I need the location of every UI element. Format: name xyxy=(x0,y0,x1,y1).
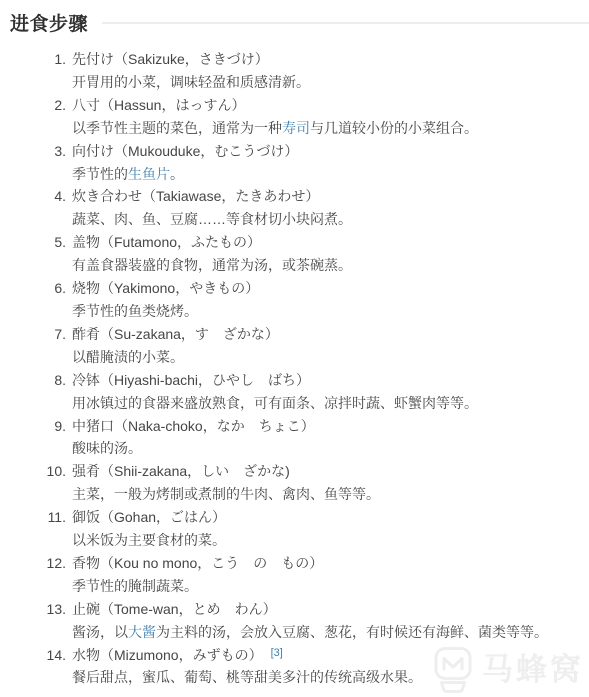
step-title: 先付け（Sakizuke，さきづけ） xyxy=(72,48,589,71)
step-title-line: 10. 强肴（Shii-zakana，しい ざかな) xyxy=(10,460,589,483)
step-title-line: 4. 炊き合わせ（Takiawase，たきあわせ） xyxy=(10,185,589,208)
text-segment: 蔬菜、肉、鱼、豆腐……等食材切小块闷煮。 xyxy=(72,211,352,227)
step-title-line: 1. 先付け（Sakizuke，さきづけ） xyxy=(10,48,589,71)
step-desc-line: 酸味的汤。 xyxy=(10,437,589,460)
list-item: 13. 止碗（Tome-wan，とめ わん） 酱汤，以大酱为主料的汤，会放入豆腐… xyxy=(10,598,589,644)
step-number-spacer xyxy=(10,346,66,369)
step-number-spacer xyxy=(10,437,66,460)
step-desc-line: 以醋腌渍的小菜。 xyxy=(10,346,589,369)
text-segment: 与几道较小份的小菜组合。 xyxy=(310,120,478,136)
step-desc: 以醋腌渍的小菜。 xyxy=(72,346,589,369)
article-section: 进食步骤 1. 先付け（Sakizuke，さきづけ） 开胃用的小菜，调味轻盈和质… xyxy=(0,0,589,697)
step-title: 御饭（Gohan，ごはん） xyxy=(72,506,589,529)
list-item: 8. 冷钵（Hiyashi-bachi，ひやし ばち） 用冰镇过的食器来盛放熟食… xyxy=(10,369,589,415)
step-desc-line: 餐后甜点，蜜瓜、葡萄、桃等甜美多汁的传统高级水果。 xyxy=(10,666,589,689)
text-segment: 主菜，一般为烤制或煮制的牛肉、禽肉、鱼等等。 xyxy=(72,486,380,502)
steps-list: 1. 先付け（Sakizuke，さきづけ） 开胃用的小菜，调味轻盈和质感清新。 … xyxy=(10,48,589,689)
section-title: 进食步骤 xyxy=(10,9,88,36)
step-number: 2. xyxy=(10,94,66,117)
inline-link[interactable]: 生鱼片 xyxy=(128,166,170,182)
step-desc-line: 季节性的腌制蔬菜。 xyxy=(10,575,589,598)
list-item: 4. 炊き合わせ（Takiawase，たきあわせ） 蔬菜、肉、鱼、豆腐……等食材… xyxy=(10,185,589,231)
step-number-spacer xyxy=(10,300,66,323)
text-segment: 水物（Mizumono，みずもの） xyxy=(72,647,263,663)
text-segment: 以季节性主题的菜色，通常为一种 xyxy=(72,120,282,136)
step-desc-line: 用冰镇过的食器来盛放熟食，可有面条、凉拌时蔬、虾蟹肉等等。 xyxy=(10,392,589,415)
step-desc: 餐后甜点，蜜瓜、葡萄、桃等甜美多汁的传统高级水果。 xyxy=(72,666,589,689)
step-title-line: 7. 酢肴（Su-zakana，す ざかな） xyxy=(10,323,589,346)
step-desc-line: 酱汤，以大酱为主料的汤，会放入豆腐、葱花，有时候还有海鲜、菌类等等。 xyxy=(10,621,589,644)
step-title: 冷钵（Hiyashi-bachi，ひやし ばち） xyxy=(72,369,589,392)
list-item: 11. 御饭（Gohan，ごはん） 以米饭为主要食材的菜。 xyxy=(10,506,589,552)
step-title: 香物（Kou no mono，こう の もの） xyxy=(72,552,589,575)
step-title-line: 2. 八寸（Hassun，はっすん） xyxy=(10,94,589,117)
step-number-spacer xyxy=(10,575,66,598)
step-title: 炊き合わせ（Takiawase，たきあわせ） xyxy=(72,185,589,208)
step-title-line: 6. 烧物（Yakimono，やきもの） xyxy=(10,277,589,300)
list-item: 7. 酢肴（Su-zakana，す ざかな） 以醋腌渍的小菜。 xyxy=(10,323,589,369)
step-desc-line: 蔬菜、肉、鱼、豆腐……等食材切小块闷煮。 xyxy=(10,208,589,231)
list-item: 3. 向付け（Mukouduke，むこうづけ） 季节性的生鱼片。 xyxy=(10,140,589,186)
step-number: 7. xyxy=(10,323,66,346)
step-number-spacer xyxy=(10,392,66,415)
step-number-spacer xyxy=(10,117,66,140)
text-segment: 餐后甜点，蜜瓜、葡萄、桃等甜美多汁的传统高级水果。 xyxy=(72,669,422,685)
step-title-line: 5. 盖物（Futamono，ふたもの） xyxy=(10,231,589,254)
step-desc: 酸味的汤。 xyxy=(72,437,589,460)
list-item: 12. 香物（Kou no mono，こう の もの） 季节性的腌制蔬菜。 xyxy=(10,552,589,598)
step-number-spacer xyxy=(10,163,66,186)
step-desc-line: 以米饭为主要食材的菜。 xyxy=(10,529,589,552)
reference-link[interactable]: [3] xyxy=(271,647,283,659)
section-header: 进食步骤 xyxy=(10,9,589,35)
list-item: 1. 先付け（Sakizuke，さきづけ） 开胃用的小菜，调味轻盈和质感清新。 xyxy=(10,48,589,94)
list-item: 14. 水物（Mizumono，みずもの）[3] 餐后甜点，蜜瓜、葡萄、桃等甜美… xyxy=(10,644,589,690)
step-title-line: 11. 御饭（Gohan，ごはん） xyxy=(10,506,589,529)
text-segment: 炊き合わせ（Takiawase，たきあわせ） xyxy=(72,188,319,204)
step-desc: 有盖食器装盛的食物，通常为汤，或茶碗蒸。 xyxy=(72,254,589,277)
step-number: 5. xyxy=(10,231,66,254)
text-segment: 酢肴（Su-zakana，す ざかな） xyxy=(72,326,279,342)
text-segment: 有盖食器装盛的食物，通常为汤，或茶碗蒸。 xyxy=(72,257,352,273)
list-item: 6. 烧物（Yakimono，やきもの） 季节性的鱼类烧烤。 xyxy=(10,277,589,323)
step-desc-line: 有盖食器装盛的食物，通常为汤，或茶碗蒸。 xyxy=(10,254,589,277)
step-number-spacer xyxy=(10,254,66,277)
step-number-spacer xyxy=(10,71,66,94)
step-desc: 主菜，一般为烤制或煮制的牛肉、禽肉、鱼等等。 xyxy=(72,483,589,506)
step-desc: 季节性的生鱼片。 xyxy=(72,163,589,186)
text-segment: 季节性的鱼类烧烤。 xyxy=(72,303,198,319)
step-title-line: 8. 冷钵（Hiyashi-bachi，ひやし ばち） xyxy=(10,369,589,392)
text-segment: 向付け（Mukouduke，むこうづけ） xyxy=(72,143,298,159)
text-segment: 盖物（Futamono，ふたもの） xyxy=(72,234,261,250)
step-desc-line: 季节性的生鱼片。 xyxy=(10,163,589,186)
text-segment: 强肴（Shii-zakana，しい ざかな) xyxy=(72,463,290,479)
text-segment: 中猪口（Naka-choko，なか ちょこ） xyxy=(72,418,315,434)
step-desc-line: 以季节性主题的菜色，通常为一种寿司与几道较小份的小菜组合。 xyxy=(10,117,589,140)
step-desc: 以季节性主题的菜色，通常为一种寿司与几道较小份的小菜组合。 xyxy=(72,117,589,140)
list-item: 2. 八寸（Hassun，はっすん） 以季节性主题的菜色，通常为一种寿司与几道较… xyxy=(10,94,589,140)
step-number: 3. xyxy=(10,140,66,163)
step-desc-line: 主菜，一般为烤制或煮制的牛肉、禽肉、鱼等等。 xyxy=(10,483,589,506)
list-item: 5. 盖物（Futamono，ふたもの） 有盖食器装盛的食物，通常为汤，或茶碗蒸… xyxy=(10,231,589,277)
text-segment: 酸味的汤。 xyxy=(72,440,142,456)
list-item: 9. 中猪口（Naka-choko，なか ちょこ） 酸味的汤。 xyxy=(10,415,589,461)
step-title: 酢肴（Su-zakana，す ざかな） xyxy=(72,323,589,346)
step-title-line: 3. 向付け（Mukouduke，むこうづけ） xyxy=(10,140,589,163)
step-number: 14. xyxy=(10,644,66,667)
inline-link[interactable]: 寿司 xyxy=(282,120,310,136)
step-title-line: 14. 水物（Mizumono，みずもの）[3] xyxy=(10,644,589,667)
step-number-spacer xyxy=(10,483,66,506)
text-segment: 用冰镇过的食器来盛放熟食，可有面条、凉拌时蔬、虾蟹肉等等。 xyxy=(72,395,478,411)
step-desc: 以米饭为主要食材的菜。 xyxy=(72,529,589,552)
step-desc: 酱汤，以大酱为主料的汤，会放入豆腐、葱花，有时候还有海鲜、菌类等等。 xyxy=(72,621,589,644)
inline-link[interactable]: 大酱 xyxy=(128,624,156,640)
step-desc-line: 季节性的鱼类烧烤。 xyxy=(10,300,589,323)
step-title: 八寸（Hassun，はっすん） xyxy=(72,94,589,117)
step-number: 8. xyxy=(10,369,66,392)
step-desc: 蔬菜、肉、鱼、豆腐……等食材切小块闷煮。 xyxy=(72,208,589,231)
step-number-spacer xyxy=(10,621,66,644)
step-number: 1. xyxy=(10,48,66,71)
step-title: 烧物（Yakimono，やきもの） xyxy=(72,277,589,300)
step-desc-line: 开胃用的小菜，调味轻盈和质感清新。 xyxy=(10,71,589,94)
step-desc: 开胃用的小菜，调味轻盈和质感清新。 xyxy=(72,71,589,94)
text-segment: 止碗（Tome-wan，とめ わん） xyxy=(72,601,277,617)
text-segment: 开胃用的小菜，调味轻盈和质感清新。 xyxy=(72,74,310,90)
step-title: 水物（Mizumono，みずもの）[3] xyxy=(72,644,589,667)
step-title: 向付け（Mukouduke，むこうづけ） xyxy=(72,140,589,163)
step-number-spacer xyxy=(10,529,66,552)
step-title: 强肴（Shii-zakana，しい ざかな) xyxy=(72,460,589,483)
step-title: 盖物（Futamono，ふたもの） xyxy=(72,231,589,254)
step-title-line: 13. 止碗（Tome-wan，とめ わん） xyxy=(10,598,589,621)
step-number: 6. xyxy=(10,277,66,300)
text-segment: 季节性的 xyxy=(72,166,128,182)
text-segment: 御饭（Gohan，ごはん） xyxy=(72,509,226,525)
step-title: 中猪口（Naka-choko，なか ちょこ） xyxy=(72,415,589,438)
text-segment: 以米饭为主要食材的菜。 xyxy=(72,532,226,548)
header-divider-line xyxy=(102,22,589,24)
text-segment: 香物（Kou no mono，こう の もの） xyxy=(72,555,323,571)
list-item: 10. 强肴（Shii-zakana，しい ざかな) 主菜，一般为烤制或煮制的牛… xyxy=(10,460,589,506)
step-desc: 季节性的鱼类烧烤。 xyxy=(72,300,589,323)
step-number: 9. xyxy=(10,415,66,438)
step-desc: 季节性的腌制蔬菜。 xyxy=(72,575,589,598)
text-segment: 冷钵（Hiyashi-bachi，ひやし ばち） xyxy=(72,372,310,388)
step-number-spacer xyxy=(10,208,66,231)
text-segment: 先付け（Sakizuke，さきづけ） xyxy=(72,51,269,67)
step-number: 12. xyxy=(10,552,66,575)
step-title-line: 9. 中猪口（Naka-choko，なか ちょこ） xyxy=(10,415,589,438)
text-segment: 以醋腌渍的小菜。 xyxy=(72,349,184,365)
text-segment: 酱汤，以 xyxy=(72,624,128,640)
step-desc: 用冰镇过的食器来盛放熟食，可有面条、凉拌时蔬、虾蟹肉等等。 xyxy=(72,392,589,415)
text-segment: 。 xyxy=(170,166,184,182)
text-segment: 为主料的汤，会放入豆腐、葱花，有时候还有海鲜、菌类等等。 xyxy=(156,624,548,640)
step-title: 止碗（Tome-wan，とめ わん） xyxy=(72,598,589,621)
text-segment: 季节性的腌制蔬菜。 xyxy=(72,578,198,594)
text-segment: 烧物（Yakimono，やきもの） xyxy=(72,280,259,296)
step-number: 10. xyxy=(10,460,66,483)
step-number: 11. xyxy=(10,506,66,529)
step-number: 4. xyxy=(10,185,66,208)
step-title-line: 12. 香物（Kou no mono，こう の もの） xyxy=(10,552,589,575)
step-number-spacer xyxy=(10,666,66,689)
text-segment: 八寸（Hassun，はっすん） xyxy=(72,97,245,113)
step-number: 13. xyxy=(10,598,66,621)
